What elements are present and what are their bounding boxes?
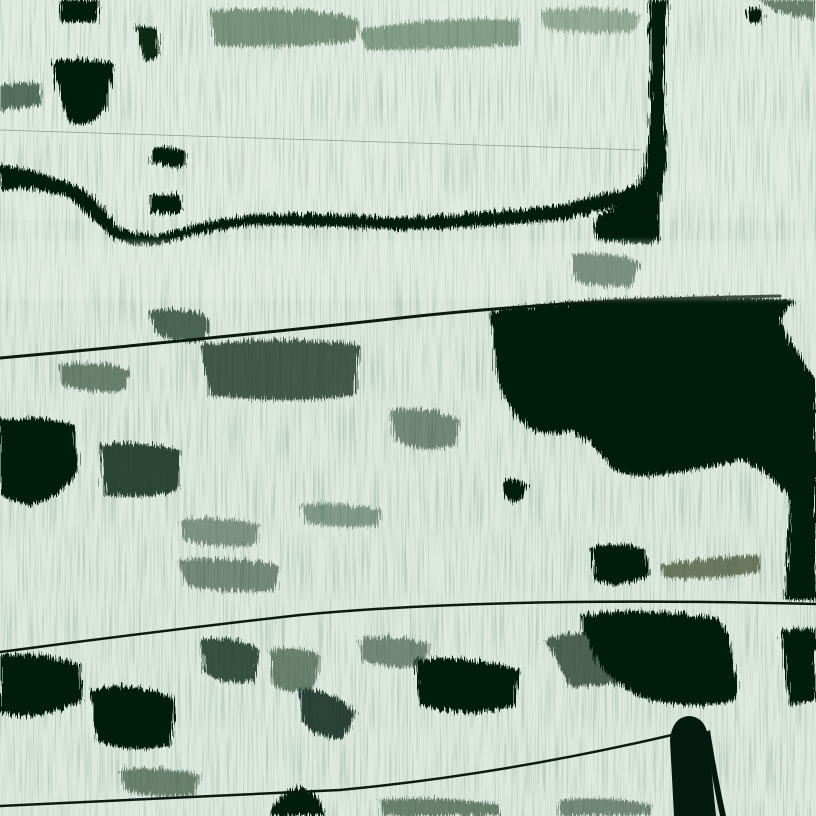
painting-artwork	[0, 0, 816, 816]
abstract-painting: Abstract painting: pale mint-white groun…	[0, 0, 816, 816]
